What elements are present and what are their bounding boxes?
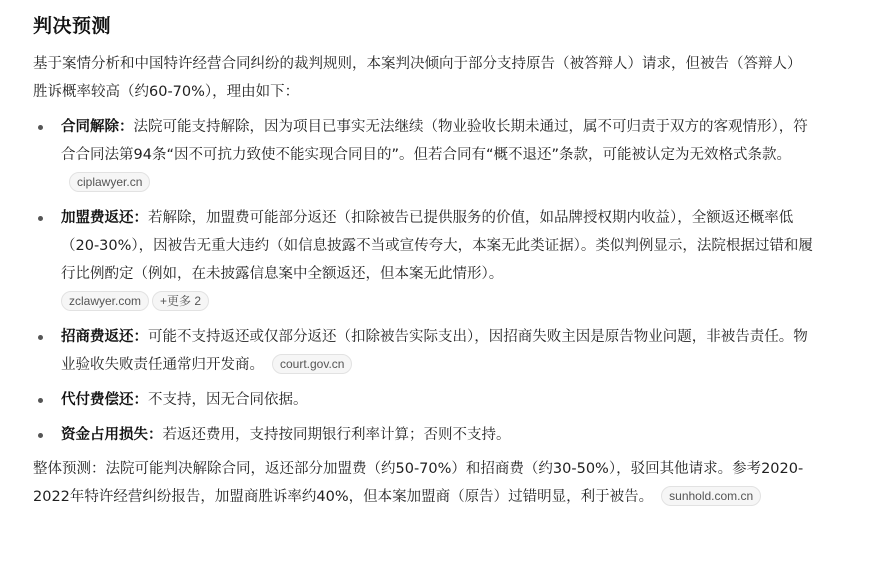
bullet-icon — [38, 335, 43, 340]
item-label: 资金占用损失 — [61, 427, 148, 443]
item-colon: ： — [148, 427, 163, 443]
verdict-prediction-section: 判决预测 基于案情分析和中国特许经营合同纠纷的裁判规则，本案判决倾向于部分支持原… — [33, 10, 813, 511]
item-text: 若解除，加盟费可能部分返还（扣除被告已提供服务的价值，如品牌授权期内收益），全额… — [61, 210, 813, 282]
source-chip-row: zclawyer.com+更多 2 — [61, 288, 813, 316]
item-label: 加盟费返还 — [61, 210, 134, 226]
item-text: 不支持，因无合同依据。 — [148, 392, 308, 408]
list-item-advance-payment: 代付费偿还：不支持，因无合同依据。 — [33, 386, 813, 414]
summary-paragraph: 整体预测：法院可能判决解除合同，返还部分加盟费（约50-70%）和招商费（约30… — [33, 456, 813, 511]
bullet-icon — [38, 398, 43, 403]
bullet-icon — [38, 433, 43, 438]
intro-paragraph: 基于案情分析和中国特许经营合同纠纷的裁判规则，本案判决倾向于部分支持原告（被答辩… — [33, 51, 813, 106]
more-sources-chip[interactable]: +更多 2 — [152, 291, 209, 311]
item-label: 招商费返还 — [61, 329, 134, 345]
source-chip[interactable]: sunhold.com.cn — [661, 486, 761, 506]
list-item-capital-loss: 资金占用损失：若返还费用，支持按同期银行利率计算；否则不支持。 — [33, 421, 813, 449]
item-text: 可能不支持返还或仅部分返还（扣除被告实际支出），因招商失败主因是原告物业问题，非… — [61, 329, 808, 373]
item-colon: ： — [119, 119, 134, 135]
item-label: 合同解除 — [61, 119, 119, 135]
item-label: 代付费偿还 — [61, 392, 134, 408]
list-item-contract-termination: 合同解除：法院可能支持解除，因为项目已事实无法继续（物业验收长期未通过，属不可归… — [33, 113, 813, 197]
list-item-franchise-fee-refund: 加盟费返还：若解除，加盟费可能部分返还（扣除被告已提供服务的价值，如品牌授权期内… — [33, 204, 813, 316]
reasons-list: 合同解除：法院可能支持解除，因为项目已事实无法继续（物业验收长期未通过，属不可归… — [33, 113, 813, 449]
bullet-icon — [38, 216, 43, 221]
section-title: 判决预测 — [33, 10, 813, 42]
item-colon: ： — [134, 210, 149, 226]
source-chip[interactable]: ciplawyer.cn — [69, 172, 150, 192]
source-chip[interactable]: zclawyer.com — [61, 291, 149, 311]
bullet-icon — [38, 125, 43, 130]
item-colon: ： — [134, 392, 149, 408]
item-text: 法院可能支持解除，因为项目已事实无法继续（物业验收长期未通过，属不可归责于双方的… — [61, 119, 808, 163]
source-chip[interactable]: court.gov.cn — [272, 354, 352, 374]
item-colon: ： — [134, 329, 149, 345]
item-text: 若返还费用，支持按同期银行利率计算；否则不支持。 — [163, 427, 511, 443]
list-item-recruitment-fee-refund: 招商费返还：可能不支持返还或仅部分返还（扣除被告实际支出），因招商失败主因是原告… — [33, 323, 813, 379]
